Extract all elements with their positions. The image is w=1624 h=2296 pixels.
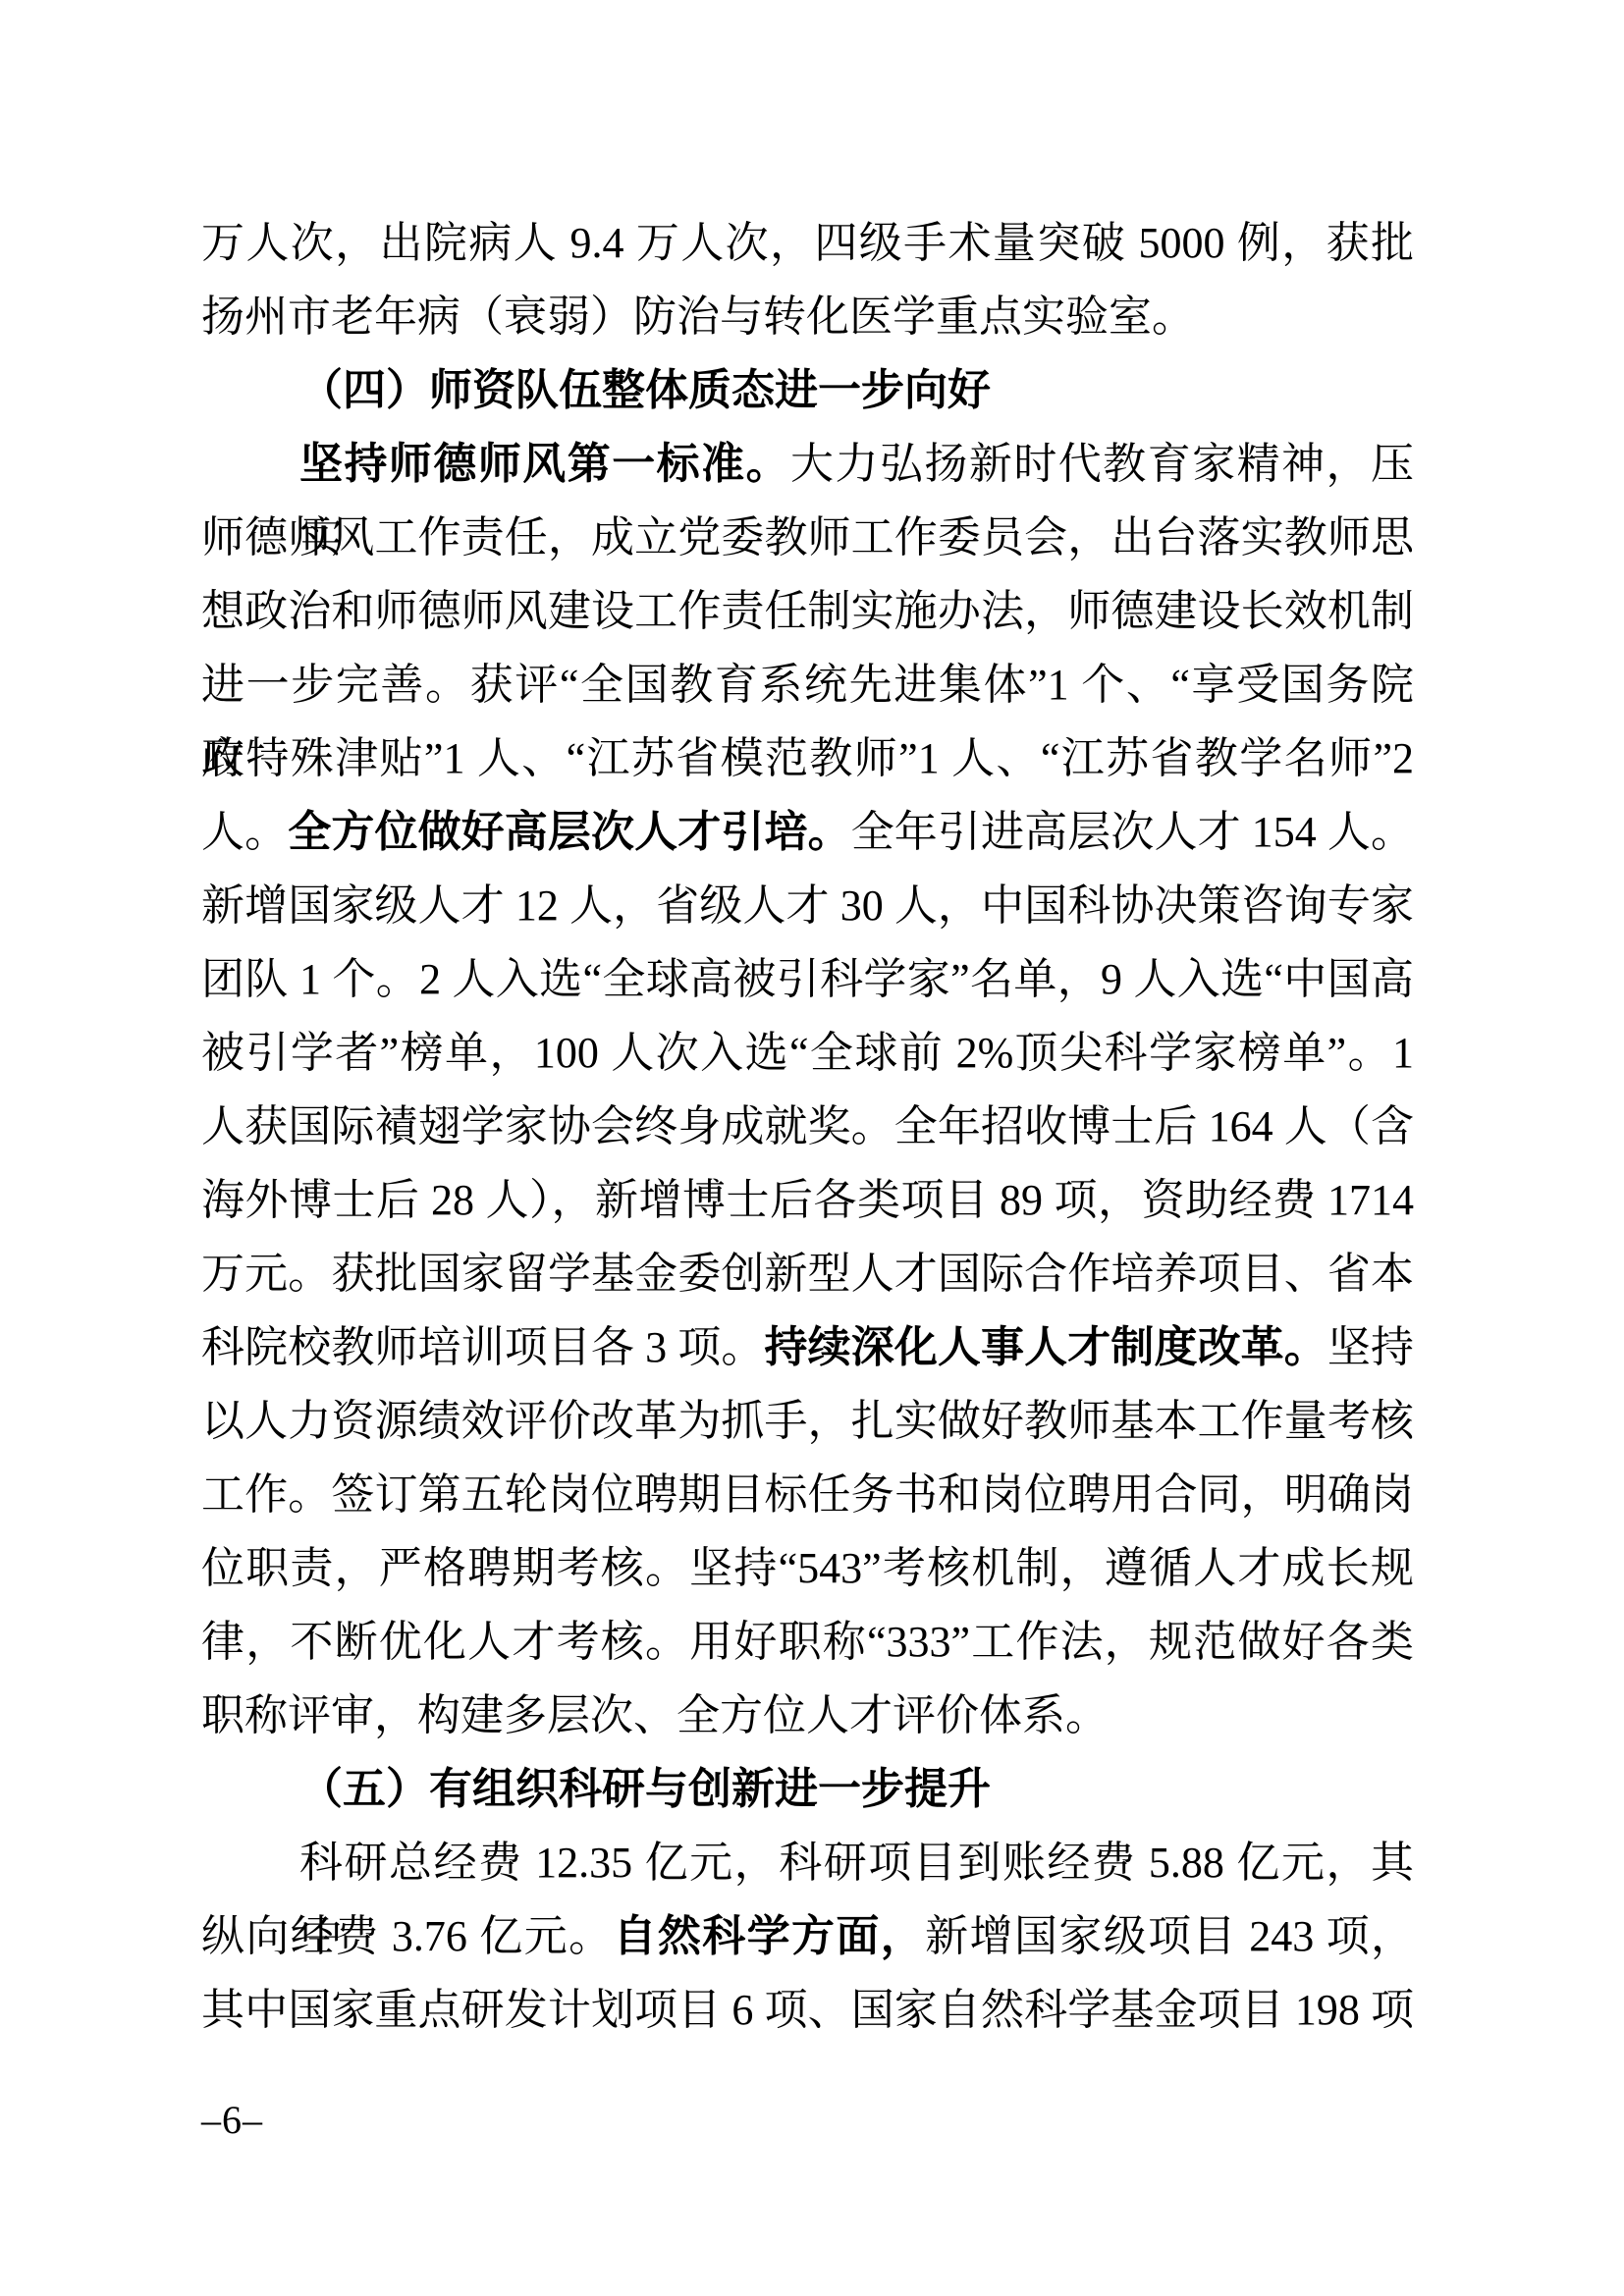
text-segment: 全年引进高层次人才 154 人。 (851, 808, 1414, 856)
text-line: 海外博士后 28 人），新增博士后各类项目 89 项，资助经费 1714 (201, 1163, 1414, 1237)
text-segment: 坚持 (1327, 1323, 1414, 1371)
text-line: 人获国际襀翅学家协会终身成就奖。全年招收博士后 164 人（含 (201, 1090, 1414, 1163)
text-line: 扬州市老年病（衰弱）防治与转化医学重点实验室。 (201, 280, 1414, 353)
text-segment: 海外博士后 28 人），新增博士后各类项目 89 项，资助经费 1714 (201, 1176, 1414, 1224)
text-line: 律，不断优化人才考核。用好职称“333”工作法，规范做好各类 (201, 1605, 1414, 1679)
text-segment: 被引学者”榜单，100 人次入选“全球前 2%顶尖科学家榜单”。1 (201, 1029, 1414, 1077)
text-segment: 位职责，严格聘期考核。坚持“543”考核机制，遵循人才成长规 (201, 1544, 1414, 1592)
document-body: 万人次，出院病人 9.4 万人次，四级手术量突破 5000 例，获批扬州市老年病… (201, 206, 1414, 2047)
text-segment: 律，不断优化人才考核。用好职称“333”工作法，规范做好各类 (201, 1618, 1414, 1666)
text-line: 进一步完善。获评“全国教育系统先进集体”1 个、“享受国务院政 (201, 648, 1414, 721)
text-line: 科研总经费 12.35 亿元，科研项目到账经费 5.88 亿元，其中 (201, 1826, 1414, 1899)
text-segment: 持续深化人事人才制度改革。 (765, 1323, 1327, 1371)
text-segment: 府特殊津贴”1 人、“江苏省模范教师”1 人、“江苏省教学名师”2 (201, 734, 1414, 782)
text-segment: 新增国家级人才 12 人，省级人才 30 人，中国科协决策咨询专家 (201, 881, 1414, 930)
text-line: 职称评审，构建多层次、全方位人才评价体系。 (201, 1679, 1414, 1752)
text-line: 万元。获批国家留学基金委创新型人才国际合作培养项目、省本 (201, 1237, 1414, 1310)
section-heading: （四）师资队伍整体质态进一步向好 (201, 353, 1414, 427)
text-segment: 新增国家级项目 243 项， (925, 1912, 1414, 1960)
text-segment: （四）师资队伍整体质态进一步向好 (299, 366, 991, 414)
document-page: 万人次，出院病人 9.4 万人次，四级手术量突破 5000 例，获批扬州市老年病… (0, 0, 1624, 2296)
text-line: 科院校教师培训项目各 3 项。持续深化人事人才制度改革。坚持 (201, 1310, 1414, 1384)
text-segment: 想政治和师德师风建设工作责任制实施办法，师德建设长效机制 (201, 587, 1414, 635)
text-segment: 科院校教师培训项目各 3 项。 (201, 1323, 765, 1371)
text-line: 府特殊津贴”1 人、“江苏省模范教师”1 人、“江苏省教学名师”2 (201, 721, 1414, 795)
text-segment: 师德师风工作责任，成立党委教师工作委员会，出台落实教师思 (201, 513, 1414, 561)
text-line: 新增国家级人才 12 人，省级人才 30 人，中国科协决策咨询专家 (201, 869, 1414, 942)
text-line: 人。全方位做好高层次人才引培。全年引进高层次人才 154 人。 (201, 795, 1414, 869)
text-segment: 万人次，出院病人 9.4 万人次，四级手术量突破 5000 例，获批 (201, 219, 1414, 267)
text-segment: 坚持师德师风第一标准。 (299, 440, 790, 488)
text-segment: 以人力资源绩效评价改革为抓手，扎实做好教师基本工作量考核 (201, 1397, 1414, 1445)
text-segment: 自然科学方面， (613, 1912, 925, 1960)
text-line: 团队 1 个。2 人入选“全球高被引科学家”名单，9 人入选“中国高 (201, 942, 1414, 1016)
text-line: 师德师风工作责任，成立党委教师工作委员会，出台落实教师思 (201, 501, 1414, 574)
text-line: 被引学者”榜单，100 人次入选“全球前 2%顶尖科学家榜单”。1 (201, 1016, 1414, 1090)
text-line: 万人次，出院病人 9.4 万人次，四级手术量突破 5000 例，获批 (201, 206, 1414, 280)
text-segment: 职称评审，构建多层次、全方位人才评价体系。 (201, 1691, 1109, 1739)
text-line: 其中国家重点研发计划项目 6 项、国家自然科学基金项目 198 项 (201, 1973, 1414, 2047)
text-segment: 团队 1 个。2 人入选“全球高被引科学家”名单，9 人入选“中国高 (201, 955, 1414, 1003)
text-segment: 工作。签订第五轮岗位聘期目标任务书和岗位聘用合同，明确岗 (201, 1470, 1414, 1519)
text-segment: 人。 (201, 808, 288, 856)
text-line: 坚持师德师风第一标准。大力弘扬新时代教育家精神，压实 (201, 427, 1414, 501)
text-segment: 万元。获批国家留学基金委创新型人才国际合作培养项目、省本 (201, 1250, 1414, 1298)
text-segment: 人获国际襀翅学家协会终身成就奖。全年招收博士后 164 人（含 (201, 1102, 1414, 1150)
page-number: –6– (201, 2089, 263, 2152)
text-segment: 其中国家重点研发计划项目 6 项、国家自然科学基金项目 198 项 (201, 1986, 1414, 2034)
text-segment: （五）有组织科研与创新进一步提升 (299, 1765, 991, 1813)
text-line: 位职责，严格聘期考核。坚持“543”考核机制，遵循人才成长规 (201, 1531, 1414, 1605)
text-segment: 全方位做好高层次人才引培。 (288, 808, 850, 856)
text-line: 以人力资源绩效评价改革为抓手，扎实做好教师基本工作量考核 (201, 1384, 1414, 1458)
text-line: 想政治和师德师风建设工作责任制实施办法，师德建设长效机制 (201, 574, 1414, 648)
text-segment: 扬州市老年病（衰弱）防治与转化医学重点实验室。 (201, 293, 1195, 341)
section-heading: （五）有组织科研与创新进一步提升 (201, 1752, 1414, 1826)
text-line: 工作。签订第五轮岗位聘期目标任务书和岗位聘用合同，明确岗 (201, 1458, 1414, 1531)
text-line: 纵向经费 3.76 亿元。自然科学方面，新增国家级项目 243 项， (201, 1899, 1414, 1973)
text-segment: 纵向经费 3.76 亿元。 (201, 1912, 613, 1960)
